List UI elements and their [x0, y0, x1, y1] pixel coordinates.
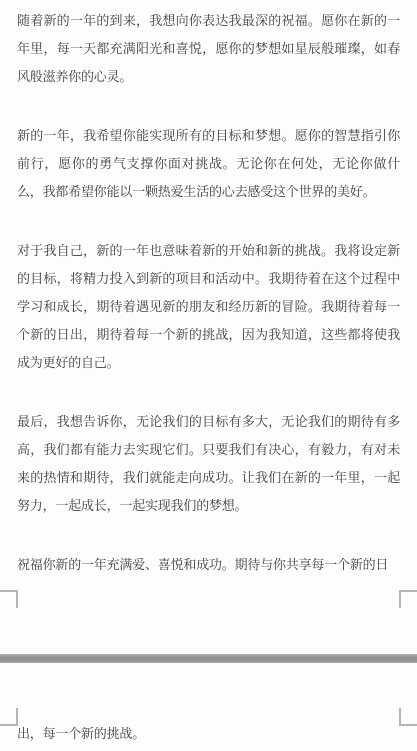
paragraph[interactable]: 最后，我想告诉你，无论我们的目标有多大，无论我们的期待有多高，我们都有能力去实现… [17, 408, 400, 520]
page2-top-left-margin-mark [0, 708, 18, 726]
page1-bottom-left-margin-mark [0, 590, 18, 608]
page-2-text-area[interactable]: 出，每一个新的挑战。 [17, 720, 400, 748]
page-break-separator [0, 654, 417, 663]
page-1-text-area[interactable]: 随着新的一年的到来，我想向你表达我最深的祝福。愿你在新的一年里，每一天都充满阳光… [17, 7, 400, 610]
document-canvas[interactable]: 随着新的一年的到来，我想向你表达我最深的祝福。愿你在新的一年里，每一天都充满阳光… [0, 0, 417, 751]
paragraph[interactable]: 随着新的一年的到来，我想向你表达我最深的祝福。愿你在新的一年里，每一天都充满阳光… [17, 7, 400, 91]
paragraph[interactable]: 出，每一个新的挑战。 [17, 720, 400, 748]
paragraph[interactable]: 对于我自己，新的一年也意味着新的开始和新的挑战。我将设定新的目标，将精力投入到新… [17, 237, 400, 377]
paragraph[interactable]: 新的一年，我希望你能实现所有的目标和梦想。愿你的智慧指引你前行，愿你的勇气支撑你… [17, 122, 400, 206]
paragraph[interactable]: 祝福你新的一年充满爱、喜悦和成功。期待与你共享每一个新的日 [17, 551, 400, 579]
page1-bottom-right-margin-mark [399, 590, 417, 608]
page2-top-right-margin-mark [399, 708, 417, 726]
